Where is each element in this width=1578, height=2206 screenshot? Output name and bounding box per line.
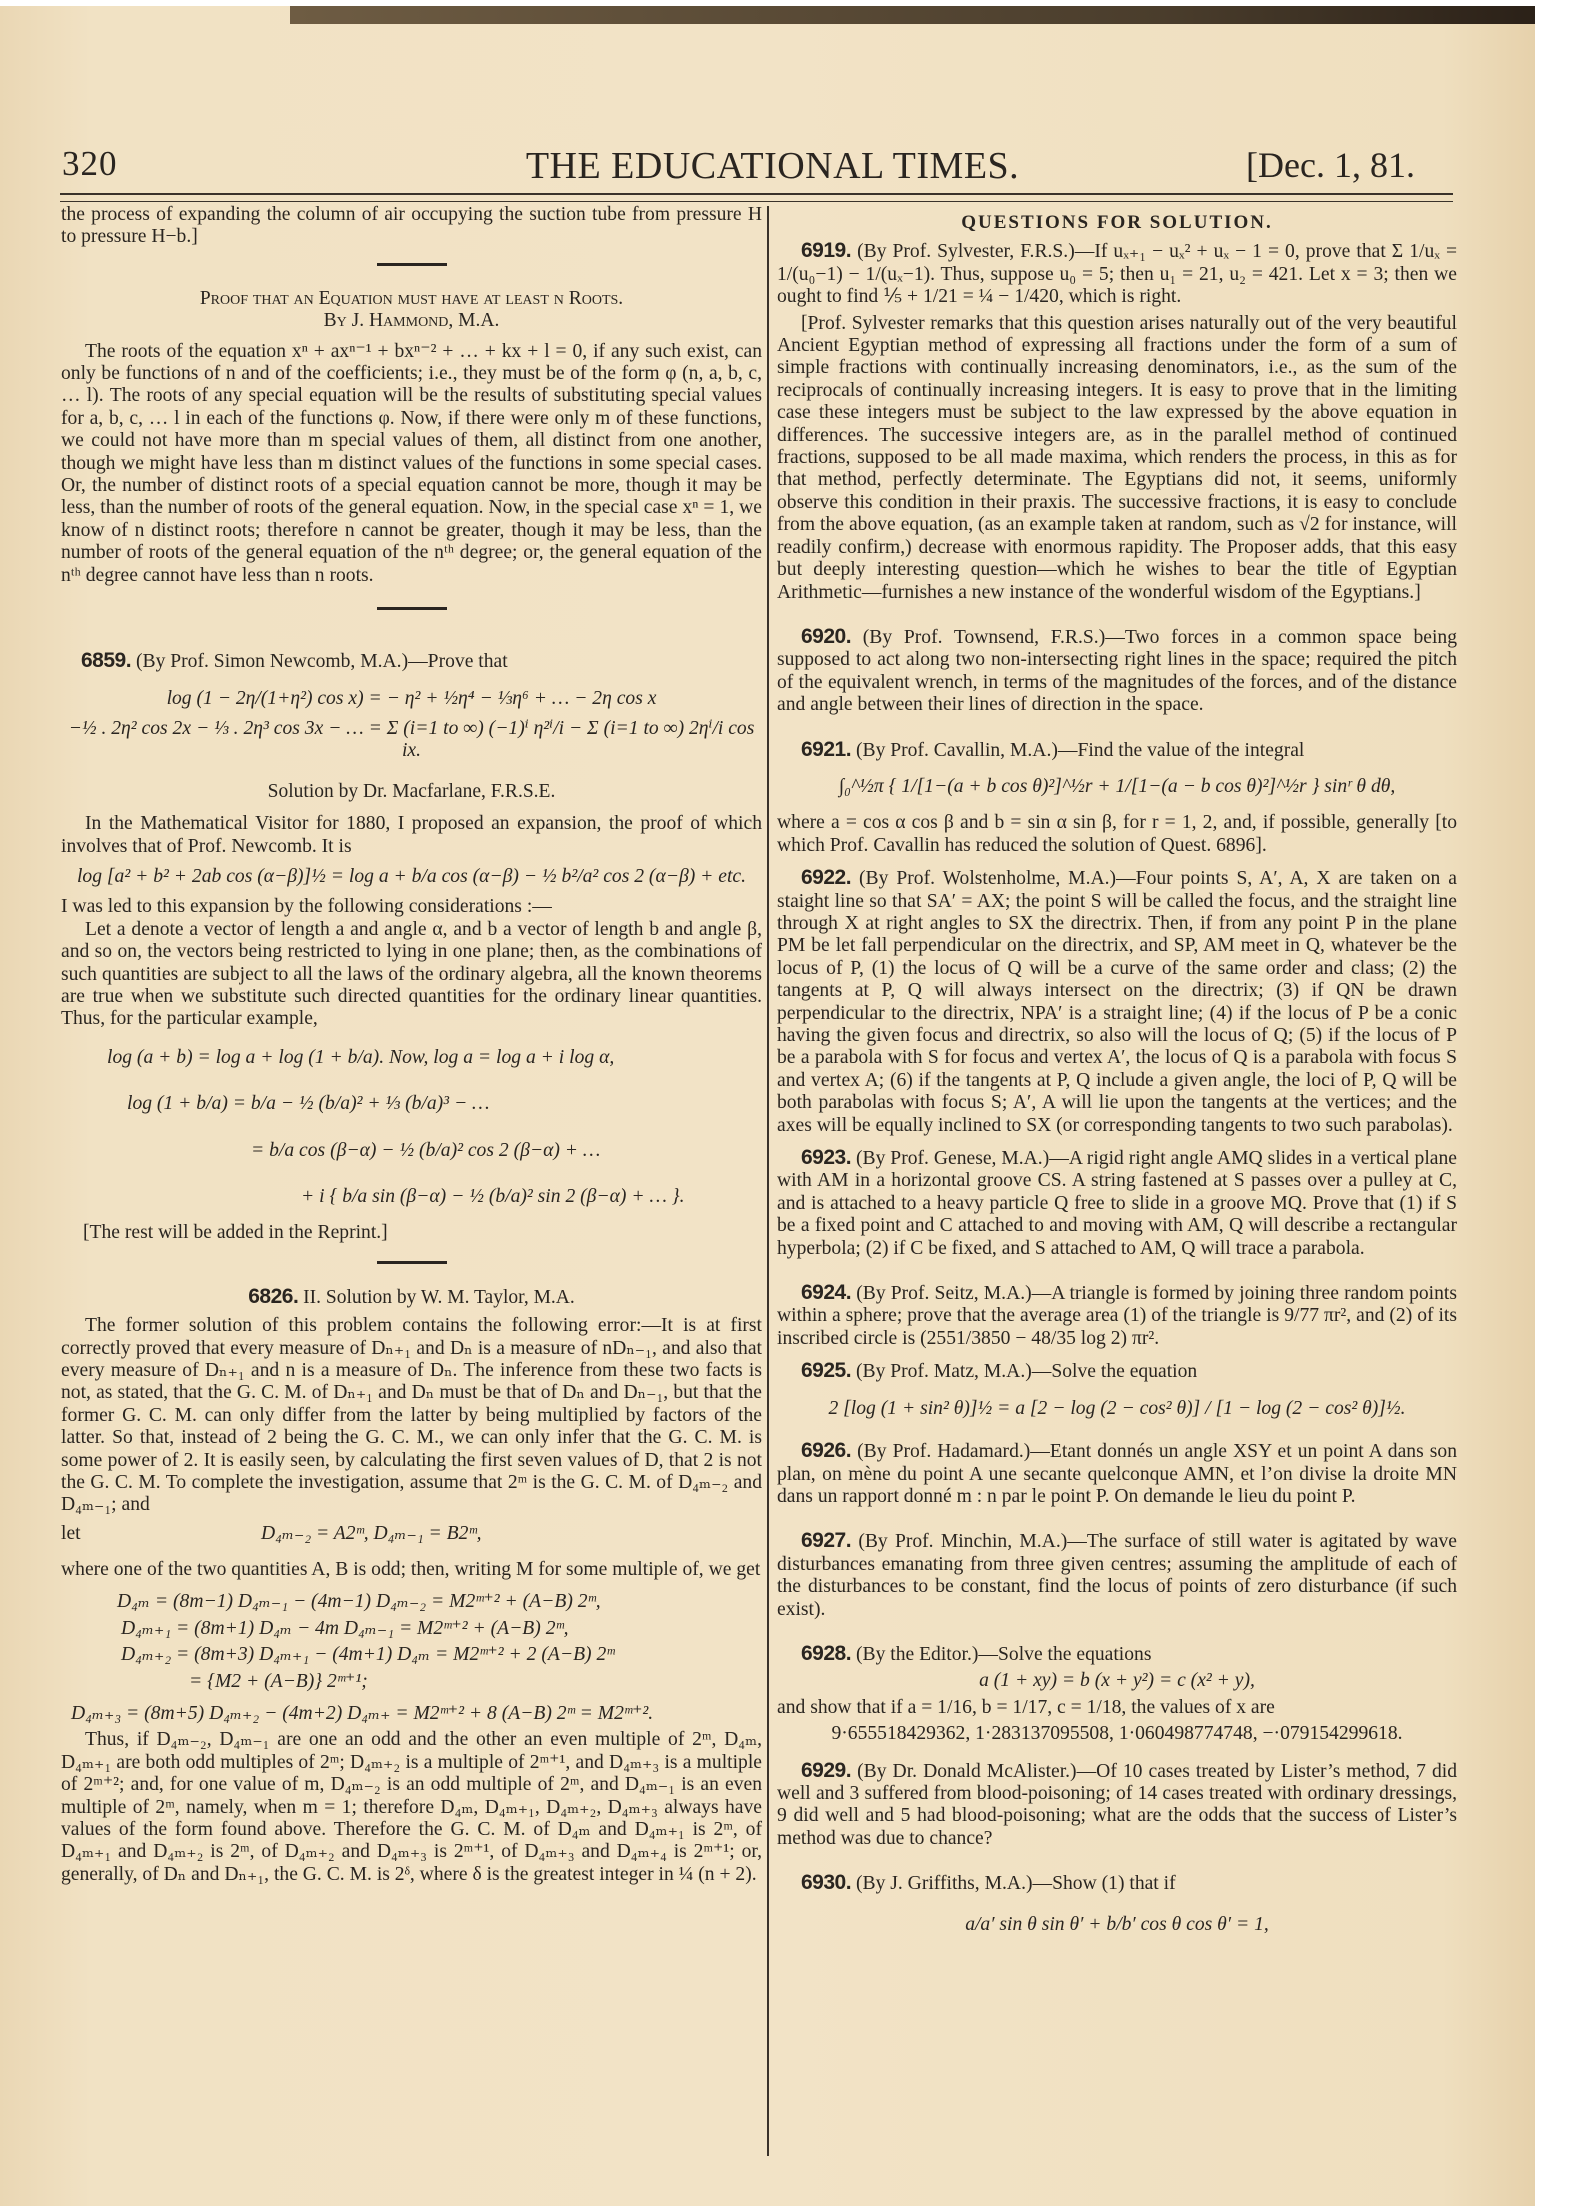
question-text: (By Prof. Seitz, M.A.)—A triangle is for… <box>777 1283 1457 1349</box>
column-divider <box>767 206 769 2156</box>
question-6922: 6922. (By Prof. Wolstenholme, M.A.)—Four… <box>777 867 1457 1137</box>
issue-date: [Dec. 1, 81. <box>1246 144 1415 186</box>
question-text: (By Prof. Genese, M.A.)—A rigid right an… <box>777 1148 1457 1259</box>
question-text: (By Prof. Wolstenholme, M.A.)—Four point… <box>777 868 1457 1135</box>
equation: + i { b/a sin (β−α) − ½ (b/a)² sin 2 (β−… <box>61 1186 762 1208</box>
question-number: 6919. <box>801 239 851 262</box>
question-number: 6929. <box>801 1759 851 1782</box>
left-column: the process of expanding the column of a… <box>61 204 762 1886</box>
solution-heading: II. Solution by W. M. Taylor, M.A. <box>303 1287 575 1308</box>
question-text: (By Prof. Hadamard.)—Etant donnés un ang… <box>777 1441 1457 1507</box>
equation: D₄ₘ₊₁ = (8m+1) D₄ₘ − 4m D₄ₘ₋₁ = M2ᵐ⁺² + … <box>61 1618 762 1640</box>
editor-note: [The rest will be added in the Reprint.] <box>61 1222 762 1244</box>
question-6925: 6925. (By Prof. Matz, M.A.)—Solve the eq… <box>777 1360 1457 1420</box>
question-number: 6922. <box>801 866 851 889</box>
header-double-rule <box>60 193 1453 202</box>
paragraph: I was led to this expansion by the follo… <box>61 896 762 918</box>
scan-margin <box>1535 6 1578 2206</box>
question-6921: 6921. (By Prof. Cavallin, M.A.)—Find the… <box>777 739 1457 858</box>
let-label: let <box>61 1523 81 1545</box>
equation: a (1 + xy) = b (x + y²) = c (x² + y), <box>777 1670 1457 1692</box>
equation: D₄ₘ = (8m−1) D₄ₘ₋₁ − (4m−1) D₄ₘ₋₂ = M2ᵐ⁺… <box>61 1591 762 1613</box>
question-note: [Prof. Sylvester remarks that this quest… <box>777 313 1457 604</box>
equation: −½ . 2η² cos 2x − ⅓ . 2η³ cos 3x − … = Σ… <box>61 718 762 763</box>
question-6927: 6927. (By Prof. Minchin, M.A.)—The surfa… <box>777 1530 1457 1621</box>
paragraph: Thus, if D₄ₘ₋₂, D₄ₘ₋₁ are one an odd and… <box>61 1729 762 1886</box>
right-column: QUESTIONS FOR SOLUTION. 6919. (By Prof. … <box>777 204 1457 1954</box>
question-text: (By the Editor.)—Solve the equations <box>856 1644 1152 1665</box>
question-number: 6928. <box>801 1642 851 1665</box>
equation: D₄ₘ₋₂ = A2ᵐ, D₄ₘ₋₁ = B2ᵐ, <box>261 1523 482 1545</box>
solution-values: 9·655518429362, 1·283137095508, 1·060498… <box>777 1723 1457 1745</box>
section-rule <box>377 607 447 610</box>
question-text: (By Prof. Matz, M.A.)—Solve the equation <box>856 1361 1197 1382</box>
question-6928: 6928. (By the Editor.)—Solve the equatio… <box>777 1643 1457 1746</box>
question-6930: 6930. (By J. Griffiths, M.A.)—Show (1) t… <box>777 1872 1457 1936</box>
question-text: (By Prof. Cavallin, M.A.)—Find the value… <box>856 740 1304 761</box>
equation: log (a + b) = log a + log (1 + b/a). Now… <box>61 1047 762 1069</box>
question-number: 6826. <box>248 1285 298 1308</box>
equation-row: let D₄ₘ₋₂ = A2ᵐ, D₄ₘ₋₁ = B2ᵐ, <box>61 1523 762 1553</box>
equation: log (1 + b/a) = b/a − ½ (b/a)² + ⅓ (b/a)… <box>61 1093 762 1115</box>
equation: D₄ₘ₊₃ = (8m+5) D₄ₘ₊₂ − (4m+2) D₄ₘ₊ = M2ᵐ… <box>61 1703 762 1725</box>
binding-edge <box>290 6 1535 24</box>
paragraph: In the Mathematical Visitor for 1880, I … <box>61 813 762 858</box>
question-6924: 6924. (By Prof. Seitz, M.A.)—A triangle … <box>777 1282 1457 1350</box>
question-6926: 6926. (By Prof. Hadamard.)—Etant donnés … <box>777 1440 1457 1508</box>
question-6919: 6919. (By Prof. Sylvester, F.R.S.)—If uₓ… <box>777 240 1457 604</box>
section-rule <box>377 1261 447 1264</box>
proof-article-body: The roots of the equation xⁿ + axⁿ⁻¹ + b… <box>61 341 762 587</box>
proof-article-title: Proof that an Equation must have at leas… <box>61 288 762 310</box>
question-6920: 6920. (By Prof. Townsend, F.R.S.)—Two fo… <box>777 626 1457 717</box>
question-6923: 6923. (By Prof. Genese, M.A.)—A rigid ri… <box>777 1147 1457 1260</box>
equation: 2 [log (1 + sin² θ)]½ = a [2 − log (2 − … <box>777 1398 1457 1420</box>
question-text: (By Prof. Minchin, M.A.)—The surface of … <box>777 1531 1457 1619</box>
equation: log (1 − 2η/(1+η²) cos x) = − η² + ½η⁴ −… <box>61 688 762 710</box>
section-title: QUESTIONS FOR SOLUTION. <box>777 212 1457 234</box>
equation: ∫₀^½π { 1/[1−(a + b cos θ)²]^½r + 1/[1−(… <box>777 776 1457 798</box>
paragraph: The former solution of this problem cont… <box>61 1315 762 1517</box>
question-text: where a = cos α cos β and b = sin α sin … <box>777 812 1457 857</box>
equation: a/a′ sin θ sin θ′ + b/b′ cos θ cos θ′ = … <box>777 1914 1457 1936</box>
question-6929: 6929. (By Dr. Donald McAlister.)—Of 10 c… <box>777 1760 1457 1851</box>
question-text: (By Prof. Sylvester, F.R.S.)—If uₓ₊₁ − u… <box>777 241 1457 307</box>
equation: log [a² + b² + 2ab cos (α−β)]½ = log a +… <box>61 866 762 888</box>
equation: = {M2 + (A−B)} 2ᵐ⁺¹; <box>61 1671 762 1693</box>
question-number: 6859. <box>81 649 131 672</box>
question-number: 6930. <box>801 1871 851 1894</box>
question-number: 6920. <box>801 625 851 648</box>
question-text: and show that if a = 1/16, b = 1/17, c =… <box>777 1697 1457 1719</box>
question-number: 6925. <box>801 1359 851 1382</box>
question-text: (By J. Griffiths, M.A.)—Show (1) that if <box>856 1873 1176 1894</box>
section-rule <box>377 263 447 266</box>
question-number: 6921. <box>801 738 851 761</box>
question-text: (By Dr. Donald McAlister.)—Of 10 cases t… <box>777 1761 1457 1849</box>
question-text: (By Prof. Townsend, F.R.S.)—Two forces i… <box>777 627 1457 715</box>
paragraph: where one of the two quantities A, B is … <box>61 1559 762 1581</box>
equation: D₄ₘ₊₂ = (8m+3) D₄ₘ₊₁ − (4m+1) D₄ₘ = M2ᵐ⁺… <box>61 1644 762 1666</box>
paragraph: Let a denote a vector of length a and an… <box>61 919 762 1031</box>
question-number: 6926. <box>801 1439 851 1462</box>
proof-article-byline: By J. Hammond, M.A. <box>61 310 762 332</box>
question-number: 6927. <box>801 1529 851 1552</box>
question-number: 6924. <box>801 1281 851 1304</box>
page-header: 320 THE EDUCATIONAL TIMES. [Dec. 1, 81. <box>60 144 1485 200</box>
question-intro: (By Prof. Simon Newcomb, M.A.)—Prove tha… <box>136 651 508 672</box>
equation: = b/a cos (β−α) − ½ (b/a)² cos 2 (β−α) +… <box>61 1140 762 1162</box>
continuation-text: the process of expanding the column of a… <box>61 204 762 249</box>
question-number: 6923. <box>801 1146 851 1169</box>
solution-byline: Solution by Dr. Macfarlane, F.R.S.E. <box>61 781 762 803</box>
newspaper-page: 320 THE EDUCATIONAL TIMES. [Dec. 1, 81. … <box>0 6 1535 2206</box>
